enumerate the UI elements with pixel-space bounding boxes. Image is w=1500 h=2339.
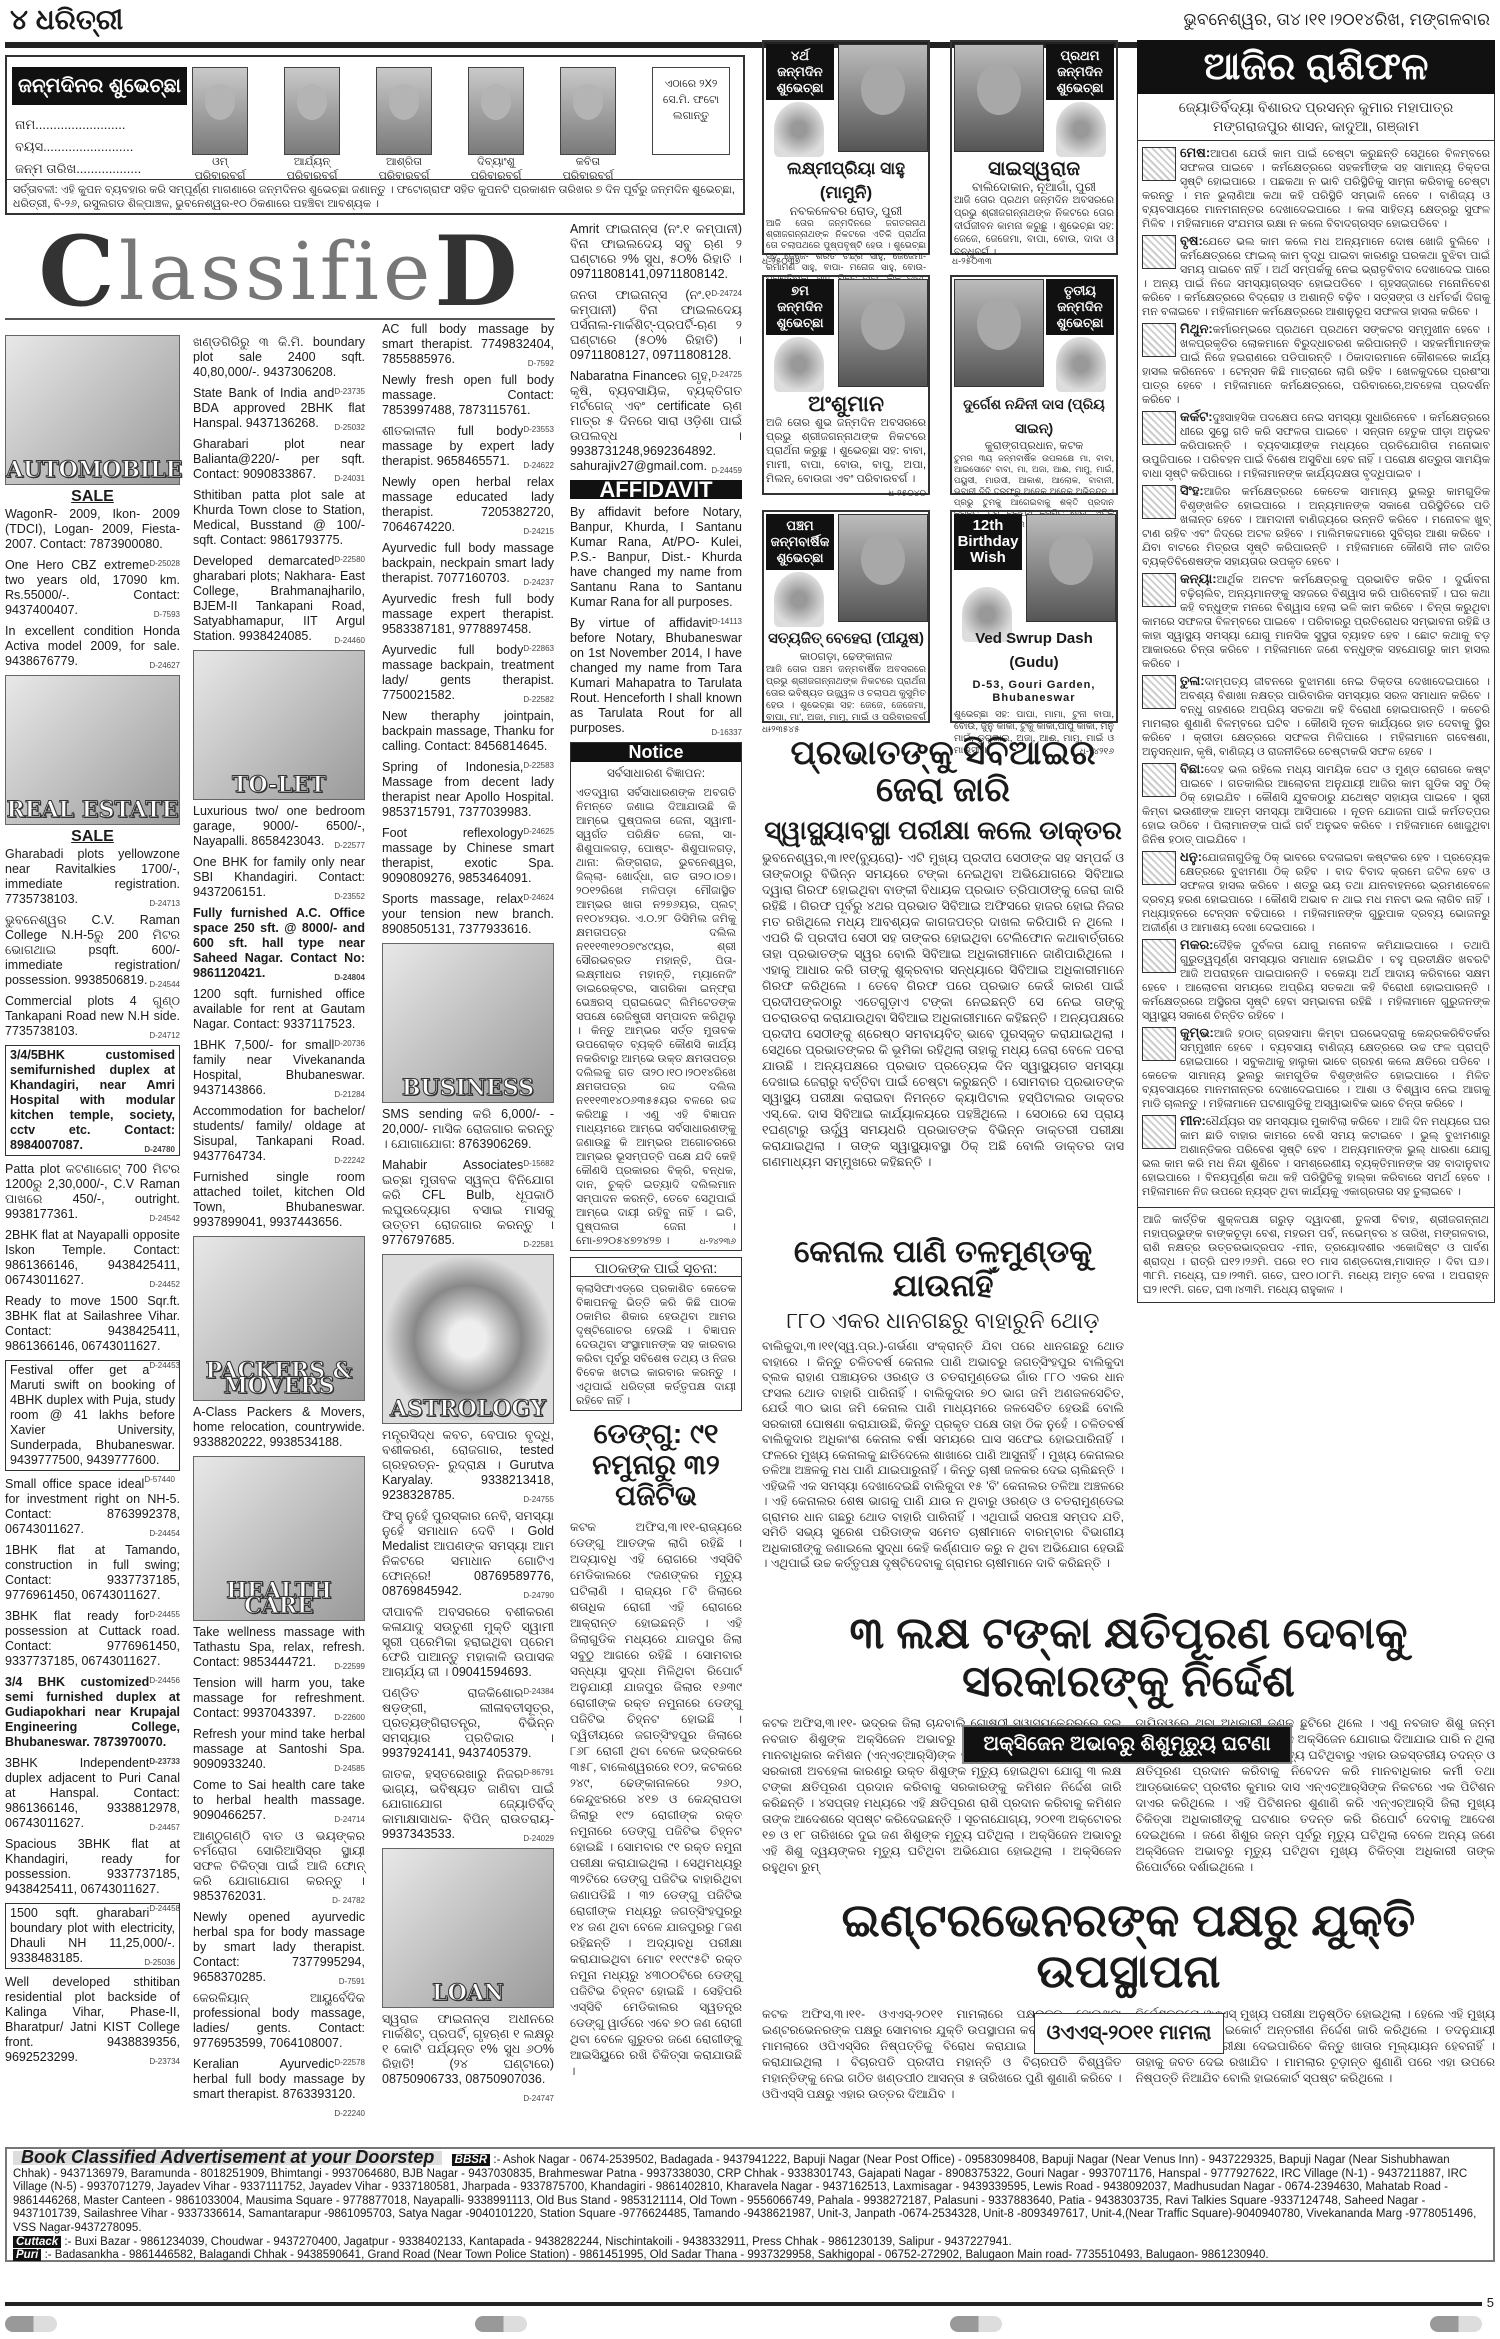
reader-notice-body: କ୍ଲାସିଫାଏଡ୍‌ରେ ପ୍ରକାଶିତ କେତେକ ବିଜ୍ଞାପନକୁ… <box>571 1280 741 1410</box>
classified-ad: ମନ୍ତ୍ରସିଦ୍ଧ କବଚ, ବେପାର ବୃଦ୍ଧି, ବଶୀକରଣ, ର… <box>382 1428 554 1503</box>
sign-pisces: ମୀନ:ଧୈର୍ଯ୍ୟର ସହ ସମସ୍ୟାର ମୁକାବିଲା କରିବେ ।… <box>1142 1114 1490 1199</box>
news-prabhat: ପ୍ରଭାତଙ୍କୁ ସିବିଆଇର ଜେରା ଜାରି ସ୍ୱାସ୍ଥ୍ୟାବ… <box>762 735 1124 1170</box>
prabhat-headline: ପ୍ରଭାତଙ୍କୁ ସିବିଆଇର ଜେରା ଜାରି <box>762 735 1124 810</box>
dengue-story: କଟକ ଅଫିସ,୩।୧୧-ରାଜ୍ୟରେ ଡେଙ୍ଗୁ ଆତଙ୍କ ଲାଗି … <box>570 1519 742 2079</box>
cuttack-centres: Buxi Bazar - 9861234039, Choudwar - 9437… <box>75 2236 1012 2248</box>
registration-mark <box>950 2316 1002 2332</box>
column-tolet-health: ଖଣ୍ଡଗିରିରୁ ୩ କି.ମି. boundary plot sale 2… <box>193 335 365 2121</box>
gemini-icon <box>1142 323 1176 357</box>
sign-aries: ମେଷ:ଆପଣ ଯେଉଁ କାମ ପାଇଁ ଚେଷ୍ଟା କରୁଛନ୍ତି ସେ… <box>1142 146 1490 231</box>
aquarius-icon <box>1142 1027 1176 1061</box>
classified-ad: ଆଣ୍ଠୁଗଣ୍ଠି ବାତ ଓ ଭୟଙ୍କର ଚର୍ମରୋଗ ସୋରିଆସିସ… <box>193 1829 365 1904</box>
puri-centres: Badasankha - 9861446582, Balagandi Chhak… <box>55 2249 1269 2261</box>
booking-title: Book Classified Advertisement at your Do… <box>13 2151 442 2165</box>
capricorn-icon <box>1142 939 1176 973</box>
classified-ad: Gharabari plot near Balianta@220/- per s… <box>193 437 365 482</box>
classified-ad: Newly fresh open full body massage. Cont… <box>382 373 554 418</box>
dateline: ଭୁବନେଶ୍ୱର, ତା୪।୧୧।୨୦୧୪ରିଖ, ମଙ୍ଗଳବାର <box>1184 10 1491 30</box>
child-photo <box>376 67 432 155</box>
classified-ad: Fully furnished A.C. Office space 250 sf… <box>193 906 365 981</box>
classified-ad: New theraphy jointpain, backpain massage… <box>382 709 554 754</box>
city-bbsr: BBSR <box>452 2154 491 2166</box>
city-puri: Puri <box>13 2249 41 2261</box>
flower-icon <box>774 572 824 627</box>
classified-logo: CClassifieDlassifieD <box>5 225 555 320</box>
intervener-headline: ଇଣ୍ଟରଭେନରଙ୍କ ପକ୍ଷରୁ ଯୁକ୍ତି ଉପସ୍ଥାପନା <box>762 1895 1495 1996</box>
classified-ad: By virtue of affidavit before Notary, Bh… <box>570 616 742 736</box>
greeting-card-3: ୭ମ ଜନ୍ମଦିନ ଶୁଭେଚ୍ଛା ଅଂଶୁମାନ ଅଜି ତୋର ଶୁଭ … <box>762 275 930 495</box>
greeting-card-6: 12th Birthday Wish Ved Swrup Dash (Gudu)… <box>950 510 1118 723</box>
dengue-headline: ଡେଙ୍ଗୁ: ୯୧ ନମୁନାରୁ ୩୨ ପଜିଟିଭ <box>570 1419 742 1511</box>
classified-ad: Refresh your mind take herbal massage at… <box>193 1727 365 1772</box>
classified-ad: 1BHK flat at Tamando, construction in fu… <box>5 1543 180 1603</box>
classified-ad: Furnished single room attached toilet, k… <box>193 1170 365 1230</box>
classified-ad: Luxurious two/ one bedroom garage, 9000/… <box>193 804 365 849</box>
classified-booking-centres: Book Classified Advertisement at your Do… <box>5 2147 1495 2262</box>
virgo-icon <box>1142 573 1176 607</box>
flower-icon <box>774 102 824 157</box>
prabhat-subhead: ସ୍ୱାସ୍ଥ୍ୟାବସ୍ଥା ପରୀକ୍ଷା କଲେ ଡାକ୍ତର <box>762 816 1124 845</box>
registration-mark <box>1430 2316 1482 2332</box>
city-cuttack: Cuttack <box>13 2236 61 2248</box>
health-care-image: HEALTH CARE <box>193 1456 365 1621</box>
real-estate-image: REAL ESTATE <box>5 675 180 825</box>
column-automobile-realestate: AUTOMOBILE SALE WagonR- 2009, Ikon- 2009… <box>5 335 180 2071</box>
classified-ad-boxed: Festival offer get a Maruti swift on boo… <box>5 1360 180 1471</box>
aries-icon <box>1142 147 1176 181</box>
sagittarius-icon <box>1142 851 1176 885</box>
sign-scorpio: ବିଛା:ଦେହ ଭଲ ରହିଲେ ମଧ୍ୟ ସାମୟିକ ପେଟ ଓ ମୁଣ୍… <box>1142 762 1490 847</box>
reader-notice-title: ପାଠକଙ୍କ ପାଇଁ ସୂଚନା: <box>571 1258 741 1277</box>
flower-icon <box>1056 102 1106 157</box>
classified-ad: Commercial plots 4 ଗୁଣ୍ଠ Tankapani Road … <box>5 994 180 1039</box>
classified-ad: Newly opened ayurvedic herbal spa for bo… <box>193 1910 365 1985</box>
kid-photo-3: ଆଶ୍ରିତାପରିବାରବର୍ଗ <box>376 67 432 183</box>
classified-ad: Amrit ଫାଇନାନ୍ସ (ନଂ.୧ କମ୍ପାନୀ) ବିନା ଫାଇଲଦ… <box>570 222 742 282</box>
flower-icon <box>1056 337 1106 392</box>
classified-ad: 2BHK flat at Nayapalli opposite Iskon Te… <box>5 1228 180 1288</box>
greeting-card-1: ୪ର୍ଥ ଜନ୍ମଦିନ ଶୁଭେଚ୍ଛା ଲକ୍ଷ୍ମୀପ୍ରିୟା ସାହୁ… <box>762 40 930 255</box>
loan-image: LOAN <box>382 1848 554 2008</box>
notice-heading: Notice <box>571 743 741 762</box>
page-label: ୪ ଧରିତ୍ରୀ <box>10 4 123 37</box>
classified-ad: WagonR- 2009, Ikon- 2009 (TDCI), Logan- … <box>5 507 180 552</box>
classified-ad: ଫିସ୍ ନୁହେଁ ପୁରସ୍କାର ନେବି, ସମସ୍ୟା ନୁହେଁ ସ… <box>382 1509 554 1599</box>
classified-ad: By affidavit before Notary, Banpur, Khur… <box>570 505 742 610</box>
registration-mark <box>5 2316 57 2332</box>
business-image: BUSINESS <box>382 943 554 1103</box>
classified-ad: Patta plot କଟଣାଗେଟ୍ 700 ମିଟର 1200ରୁ 2,30… <box>5 1162 180 1222</box>
photo-placeholder: ଏଠାରେ ୨X୨ ସେ.ମି. ଫଟୋ ଲଗାନ୍ତୁ <box>652 67 730 155</box>
child-photo <box>192 67 248 155</box>
classified-ad: Well developed sthitiban residential plo… <box>5 1975 180 2065</box>
sign-leo: ସିଂହ:ଆଜିର କର୍ମକ୍ଷେତ୍ରରେ କେତେକ ସାମାନ୍ୟ ଭୁ… <box>1142 484 1490 569</box>
greeting-card-4: ତୃତୀୟ ଜନ୍ମଦିନ ଶୁଭେଚ୍ଛା ଦୁର୍ଗେଶ ନନ୍ଦିନୀ ଦ… <box>950 275 1118 495</box>
greeting-card-2: ପ୍ରଥମ ଜନ୍ମଦିନ ଶୁଭେଚ୍ଛା ସାଇସ୍ୱରାଜ ବାଲିଦୋକ… <box>950 40 1118 255</box>
column-finance-affidavit-notice: Amrit ଫାଇନାନ୍ସ (ନଂ.୧ କମ୍ପାନୀ) ବିନା ଫାଇଲଦ… <box>570 222 742 2079</box>
classified-ad: A-Class Packers & Movers, home relocatio… <box>193 1405 365 1450</box>
prabhat-story: ଭୁବନେଶ୍ୱର,୩।୧୧(ବ୍ୟୁରୋ)- ଏଟି ମୁଖ୍ୟ ପ୍ରଦୀପ… <box>762 850 1124 1170</box>
dob-field: ଜନ୍ମ ତାରିଖ.................. <box>15 161 141 177</box>
canal-headline: କେନାଲ ପାଣି ତଳମୁଣ୍ଡକୁ ଯାଉନାହିଁ <box>762 1235 1124 1303</box>
age-field: ବୟସ......................... <box>15 139 133 155</box>
classified-ad: ଖଣ୍ଡଗିରିରୁ ୩ କି.ମି. boundary plot sale 2… <box>193 335 365 380</box>
column-massage-business-astrology: AC full body massage by smart therapist.… <box>382 322 554 2106</box>
child-photo <box>838 44 928 152</box>
classified-ad: ସ୍ୱରାଜ ଫାଇନାନ୍ସ ଅଧୀନରେ ମାର୍କଶିଟ୍, ପ୍ରପର୍… <box>382 2012 554 2087</box>
kid-photo-2: ଆର୍ଯ୍ୟନ୍ପରିବାରବର୍ଗ <box>284 67 340 183</box>
sign-aquarius: କୁମ୍ଭ:ଆଜି ହଠାତ୍ ଗ୍ରହସାମା କିମ୍ବା ଘରଭେଦ୍ରା… <box>1142 1026 1490 1111</box>
child-photo <box>838 514 928 622</box>
classified-ad: Sthitiban patta plot sale at Khurda Town… <box>193 488 365 548</box>
horoscope-list: ମେଷ:ଆପଣ ଯେଉଁ କାମ ପାଇଁ ଚେଷ୍ଟା କରୁଛନ୍ତି ସେ… <box>1137 141 1495 1208</box>
kid-photo-1: ଓମ୍ପରିବାରବର୍ଗ <box>192 67 248 183</box>
child-photo <box>284 67 340 155</box>
classified-ad: Gharabadi plots yellowzone near Ravitalk… <box>5 847 180 907</box>
astrology-image: ASTROLOGY <box>382 1254 554 1424</box>
compensation-headline: ୩ ଲକ୍ଷ ଟଙ୍କା କ୍ଷତିପୂରଣ ଦେବାକୁ ସରକାରଙ୍କୁ … <box>762 1610 1495 1707</box>
coupon-terms: ସର୍ତ୍ତାବଳୀ: ଏହି କୁପନ ବ୍ୟବହାର କରି ସମ୍ପୂର୍… <box>7 179 743 213</box>
automobile-image: AUTOMOBILE <box>5 335 180 485</box>
canal-story: ବାଲିକୁଦା,୩।୧୧(ସ୍ୱ.ପ୍ର.)-ଗର୍ଭଣା ସଂକ୍ରାନ୍ତ… <box>762 1339 1124 1572</box>
classified-ad: Tension will harm you, take massage for … <box>193 1676 365 1721</box>
greeting-card-5: ପଞ୍ଚମ ଜନ୍ମବାର୍ଷିକ ଶୁଭେଚ୍ଛା ସତ୍ୟଜିତ୍ ବେହେ… <box>762 510 930 723</box>
classified-ad: Developed demarcated gharabari plots; Na… <box>193 554 365 644</box>
astrologer-byline: ଜ୍ୟୋତିର୍ବିଦ୍ୟା ବିଶାରଦ ପ୍ରସନ୍ନ କୁମାର ମହାପ… <box>1137 94 1495 141</box>
leo-icon <box>1142 485 1176 519</box>
child-photo <box>1026 514 1116 622</box>
classified-ad: Spacious 3BHK flat at Khandagiri, ready … <box>5 1837 180 1897</box>
sign-cancer: କର୍କଟ:ଦୁଃସାହସିକ ପଦକ୍ଷେପ ନେଇ ସମସ୍ୟା ସୁଧାର… <box>1142 410 1490 481</box>
cancer-icon <box>1142 411 1176 445</box>
classified-ad: Accommodation for bachelor/ students/ fa… <box>193 1104 365 1164</box>
compensation-pullquote: ଅକ୍ସିଜେନ ଅଭାବରୁ ଶିଶୁମୃତ୍ୟୁ ଘଟଣା <box>962 1725 1292 1764</box>
notice-body: ଏତଦ୍ୱାରା ସର୍ବସାଧାରଣଙ୍କ ଅବଗତି ନିମନ୍ତେ ଜଣା… <box>571 784 741 1250</box>
sign-gemini: ମିଥୁନ:କର୍ମାରମ୍ଭରେ ପ୍ରଥମେ ପ୍ରଥମେ ସଙ୍କଟର ସ… <box>1142 322 1490 407</box>
flower-icon <box>774 337 824 392</box>
horoscope-title: ଆଜିର ରାଶିଫଳ <box>1137 40 1495 94</box>
classified-ad: Ayurvedic fresh full body massage expert… <box>382 592 554 637</box>
classified-ad: Mahabir Associates ଇଚ୍ଛା ମୁତାବକ ସ୍ୱଳ୍ପ ବ… <box>382 1158 554 1248</box>
classified-ad: Newly open herbal relax massage educated… <box>382 475 554 535</box>
reader-notice: ପାଠକଙ୍କ ପାଇଁ ସୂଚନା: କ୍ଲାସିଫାଏଡ୍‌ରେ ପ୍ରକା… <box>570 1257 742 1411</box>
sign-sagittarius: ଧନୁ:ଯୋଜନାଗୁଡିକୁ ଠିକ୍ ଭାବରେ ବଦଳାଇବା କଷ୍ଟକ… <box>1142 850 1490 935</box>
public-notice: Notice ସର୍ବସାଧାରଣ ବିଜ୍ଞାପନ: ଏତଦ୍ୱାରା ସର୍… <box>570 742 742 1251</box>
classified-ad: ଦୀପାବଳି ଅବସରରେ ବଶୀକରଣ କଳାଯାଦୁ ସଉତୁଣୀ ମୁକ… <box>382 1605 554 1680</box>
packers-movers-image: PACKERS & MOVERS <box>193 1236 365 1401</box>
classified-ad: Nabaratna Financeର ଗୃହ, କୃଷି, ବ୍ୟବସାୟିକ,… <box>570 369 742 474</box>
canal-subhead: ୮୮୦ ଏକର ଧାନଗଛରୁ ବାହାରୁନି ଥୋଡ଼ <box>762 1309 1124 1333</box>
sign-libra: ତୁଳା:ଦାମ୍ପତ୍ୟ ଜୀବନରେ ବୁଝାମଣା ନେଇ ତିକ୍ତତା… <box>1142 674 1490 759</box>
classified-ad: କେରଳିୟାନ୍ ଆୟୁର୍ବେଦିକ professional body m… <box>193 1991 365 2051</box>
scorpio-icon <box>1142 763 1176 797</box>
classified-ad: SMS sending କରି 6,000/- - 20,000/- ମାସିକ… <box>382 1107 554 1152</box>
registration-mark <box>475 2316 527 2332</box>
classified-ad: One BHK for family only near SBI Khandag… <box>193 855 365 900</box>
libra-icon <box>1142 675 1176 709</box>
horoscope-panel: ଆଜିର ରାଶିଫଳ ଜ୍ୟୋତିର୍ବିଦ୍ୟା ବିଶାରଦ ପ୍ରସନ୍… <box>1137 40 1495 1303</box>
classified-ad: Take wellness massage with Tathastu Spa,… <box>193 1625 365 1670</box>
intervener-pullquote: ଓଏଏସ୍-୨୦୧୧ ମାମଲା <box>1034 2013 1224 2054</box>
classified-ad: 1200 sqft. furnished office available fo… <box>193 987 365 1032</box>
notice-subtitle: ସର୍ବସାଧାରଣ ବିଜ୍ଞାପନ: <box>571 766 741 781</box>
page-number: 5 <box>1487 2295 1494 2310</box>
child-photo <box>954 44 1044 152</box>
child-photo <box>560 67 616 155</box>
classified-ad: AC full body massage by smart therapist.… <box>382 322 554 367</box>
classified-ad: Come to Sai health care take to herbal h… <box>193 1778 365 1823</box>
birthday-coupon: ଜନ୍ମଦିନର ଶୁଭେଚ୍ଛା ନାମ...................… <box>5 55 745 215</box>
classified-ad: Ready to move 1500 Sqr.ft. 3BHK flat at … <box>5 1294 180 1354</box>
news-compensation: ୩ ଲକ୍ଷ ଟଙ୍କା କ୍ଷତିପୂରଣ ଦେବାକୁ ସରକାରଙ୍କୁ … <box>762 1610 1495 1875</box>
tolet-image: TO-LET <box>193 650 365 800</box>
pisces-icon <box>1142 1115 1176 1149</box>
classified-ad-boxed: 3/4/5BHK customised semifurnished duplex… <box>5 1045 180 1156</box>
classified-ad: ଭୁବନେଶ୍ୱର C.V. Raman College N.H-5ରୁ 200… <box>5 913 180 988</box>
news-intervener: ଇଣ୍ଟରଭେନରଙ୍କ ପକ୍ଷରୁ ଯୁକ୍ତି ଉପସ୍ଥାପନା କଟକ… <box>762 1895 1495 2102</box>
coupon-title: ଜନ୍ମଦିନର ଶୁଭେଚ୍ଛା <box>12 67 187 105</box>
child-photo <box>954 279 1044 387</box>
child-photo <box>838 279 928 387</box>
kid-photo-4: ଦିବ୍ୟାଂଶୁପରିବାରବର୍ଗ <box>468 67 524 183</box>
sale-heading-2: SALE <box>5 829 180 844</box>
name-field: ନାମ......................... <box>15 117 125 133</box>
newspaper-page: ୪ ଧରିତ୍ରୀ ଭୁବନେଶ୍ୱର, ତା୪।୧୧।୨୦୧୪ରିଖ, ମଙ୍… <box>0 0 1500 2339</box>
child-photo <box>468 67 524 155</box>
sign-taurus: ବୃଷ:ଯେତେ ଭଲ କାମ କଲେ ମଧ ଅନ୍ୟମାନେ ଦୋଷ ଖୋଜି… <box>1142 234 1490 319</box>
affidavit-heading: AFFIDAVIT <box>570 480 742 499</box>
sign-virgo: କନ୍ୟା:ଆର୍ଥିକ ଅନଟନ କର୍ମକ୍ଷେତ୍ରକୁ ପ୍ରଭାବିତ… <box>1142 572 1490 671</box>
classified-ad: Ayurvedic full body massage backpain, ne… <box>382 541 554 586</box>
sale-heading: SALE <box>5 489 180 504</box>
sign-capricorn: ମକର:ଦୈହିକ ଦୁର୍ବଳତା ଯୋଗୁ ମନୋବଳ କମିଯାଇପାରେ… <box>1142 938 1490 1023</box>
taurus-icon <box>1142 235 1176 269</box>
classified-ad: In excellent condition Honda Activa mode… <box>5 624 180 669</box>
kid-photo-5: କବିତାପରିବାରବର୍ଗ <box>560 67 616 183</box>
footer-rule <box>5 2302 1482 2306</box>
panjika-almanac: ଆଜି କାର୍ତ୍ତିକ ଶୁକ୍ଳପକ୍ଷ ଗରୁଡ଼ ଦ୍ୱାଦଶୀ, ତ… <box>1137 1208 1495 1303</box>
news-canal: କେନାଲ ପାଣି ତଳମୁଣ୍ଡକୁ ଯାଉନାହିଁ ୮୮୦ ଏକର ଧା… <box>762 1235 1124 1572</box>
